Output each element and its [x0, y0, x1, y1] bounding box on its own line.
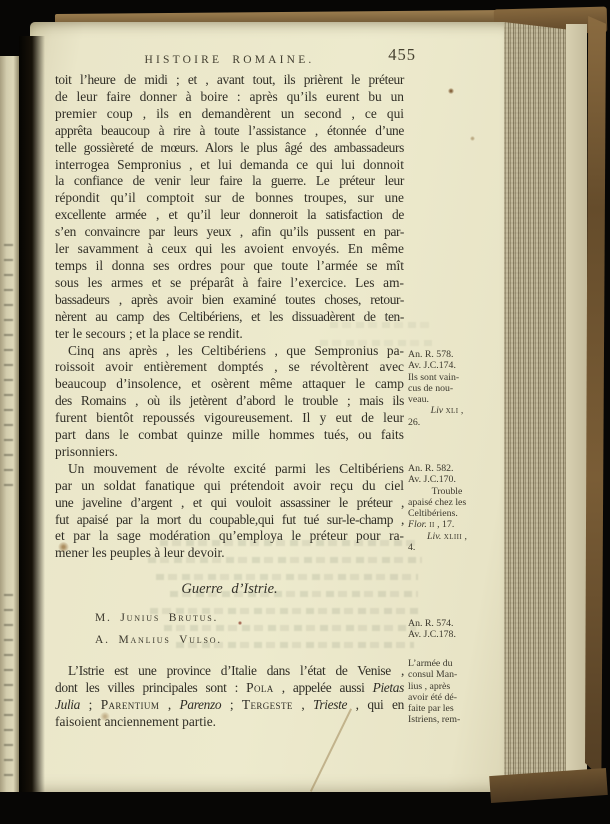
text-segment: Flor.: [408, 519, 427, 530]
text-line: temps il donna ses ordres pour que toute…: [55, 258, 404, 275]
foxing-spot: [470, 136, 475, 141]
note-line: avoir été dé-: [408, 692, 486, 703]
facing-page-edge: [0, 56, 19, 792]
margin-note: An. R. 582.Av. J.C.170.Troubleapaisé che…: [408, 463, 486, 553]
text-line: de leur faire donner à boire : après qu’…: [55, 89, 404, 106]
text-segment: Liv: [431, 405, 446, 416]
text-segment: ;: [80, 697, 101, 712]
text-segment: xliii: [444, 531, 462, 542]
text-segment: Julia: [55, 697, 80, 712]
text-line: roissoit avoir entièrement domptés , se …: [55, 359, 404, 376]
foxing-spot: [238, 621, 242, 625]
text-line: s’en convaincre par leurs yeux , afin qu…: [55, 224, 404, 241]
text-segment: , 17.: [435, 519, 455, 530]
text-line: par un soldat fanatique qui prétendoit a…: [55, 478, 404, 495]
text-segment: Pola: [246, 680, 274, 695]
paragraph: toit l’heure de midi ; et , avant tout, …: [55, 72, 404, 343]
bleed-through-text: [156, 574, 418, 580]
note-line: L’armée du: [408, 658, 486, 669]
text-segment: Liv.: [427, 531, 441, 542]
note-line: Av. J.C.174.: [408, 360, 486, 371]
text-line: répondit qu’il comptoit sur de bonnes tr…: [55, 190, 404, 207]
text-segment: Trieste: [313, 697, 347, 712]
foxing-spot: [448, 88, 454, 94]
note-line: Celtibériens.: [408, 508, 486, 519]
scanned-book-photo: { "colors":{"background":"#070605","pape…: [0, 0, 610, 824]
note-line: veau.: [408, 394, 486, 405]
text-line: premier coup , ils en demandèrent un sec…: [55, 106, 404, 123]
bleed-through-text: [320, 340, 432, 346]
text-segment: ,: [293, 697, 313, 712]
bleed-through-text: [150, 608, 418, 614]
book-page: HISTOIRE ROMAINE. 455 toit l’heure de mi…: [30, 22, 506, 792]
text-segment: ,: [462, 531, 467, 542]
running-head: HISTOIRE ROMAINE. 455: [55, 50, 404, 68]
note-line: Trouble: [408, 486, 486, 497]
foxing-spot: [58, 542, 69, 552]
text-line: L’Istrie est une province d’Italie dans …: [55, 663, 404, 680]
text-line: une javeline d’argent , et qui vouloit a…: [55, 495, 404, 512]
text-segment: , qui en: [347, 697, 404, 712]
bleed-through-text: [148, 557, 422, 563]
gutter-shadow: [19, 36, 45, 792]
text-line: excellente armée , et qu’il leur donnero…: [55, 207, 404, 224]
text-segment: ,: [159, 697, 179, 712]
text-line: sous les armes et se préparât à faire l’…: [55, 275, 404, 292]
text-line: toit l’heure de midi ; et , avant tout, …: [55, 72, 404, 89]
paragraph: L’Istrie est une province d’Italie dans …: [55, 663, 404, 731]
paragraph: Cinq ans après , les Celtibériens , que …: [55, 343, 404, 461]
text-line: bassadeurs , après avoir bien examiné to…: [55, 292, 404, 309]
text-segment: Parenzo: [180, 697, 222, 712]
text-segment: Parentium: [101, 697, 160, 712]
note-line: Liv xli ,: [408, 405, 486, 416]
text-line: prisonniers.: [55, 444, 404, 461]
note-line: 26.: [408, 417, 486, 428]
text-line: beaucoup d’insolence, et osèrent même at…: [55, 376, 404, 393]
bleed-through-text: [164, 625, 416, 631]
note-line: An. R. 578.: [408, 349, 486, 360]
paragraph: Un mouvement de révolte excité parmi les…: [55, 461, 404, 562]
bleed-through-text: [330, 322, 430, 328]
body-text-column: toit l’heure de midi ; et , avant tout, …: [55, 72, 404, 731]
note-line: An. R. 582.: [408, 463, 486, 474]
page-number: 455: [388, 45, 416, 65]
text-segment: xli: [446, 405, 459, 416]
running-title: HISTOIRE ROMAINE.: [145, 54, 315, 66]
text-segment: Tergeste: [242, 697, 293, 712]
text-line: part dans le combat quinze mille hommes …: [55, 427, 404, 444]
note-line: Flor. ii , 17.: [408, 519, 486, 530]
text-segment: ;: [221, 697, 242, 712]
text-line: dont les villes principales sont : Pola …: [55, 680, 404, 697]
text-segment: Pietas: [373, 680, 404, 695]
text-line: telle gossièreté de mœurs. Alors le plus…: [55, 140, 404, 157]
note-line: Av. J.C.170.: [408, 474, 486, 485]
text-line: ler savamment à ceux qui les avoient env…: [55, 241, 404, 258]
note-line: lius , après: [408, 681, 486, 692]
note-line: Av. J.C.178.: [408, 629, 486, 640]
note-line: 4.: [408, 542, 486, 553]
note-line: An. R. 574.: [408, 618, 486, 629]
note-line: consul Man-: [408, 669, 486, 680]
bleed-through-text: [176, 642, 414, 648]
fore-edge-highlight: [566, 24, 587, 776]
facing-page-text-ticks: [4, 236, 13, 486]
note-line: faite par les: [408, 703, 486, 714]
text-line: interrogea Sempronius , et lui demanda c…: [55, 157, 404, 174]
note-line: Liv. xliii ,: [408, 531, 486, 542]
facing-page-text-ticks: [4, 586, 13, 776]
bleed-through-text: [170, 591, 418, 597]
text-segment: ,: [458, 405, 463, 416]
note-line: Istriens, rem-: [408, 714, 486, 725]
note-line: apaisé chez les: [408, 497, 486, 508]
text-line: la confiance de venir leur faire la guer…: [55, 173, 404, 190]
text-segment: , appelée aussi: [274, 680, 373, 695]
margin-note: An. R. 574.Av. J.C.178.: [408, 618, 486, 641]
bleed-through-text: [160, 540, 418, 546]
text-line: des Romains , où ils jetèrent d’abord le…: [55, 393, 404, 410]
note-line: Ils sont vain-: [408, 372, 486, 383]
text-line: apprêta beaucoup à rire à toute l’assist…: [55, 123, 404, 140]
text-line: fut apaisé par la mort du coupable,qui f…: [55, 512, 404, 529]
margin-note: L’armée duconsul Man-lius , aprèsavoir é…: [408, 658, 486, 726]
margin-note: An. R. 578.Av. J.C.174.Ils sont vain-cus…: [408, 349, 486, 428]
fore-edge-pages: [504, 22, 568, 784]
text-line: Un mouvement de révolte excité parmi les…: [55, 461, 404, 478]
note-line: cus de nou-: [408, 383, 486, 394]
foxing-spot: [100, 712, 110, 721]
text-segment: dont les villes principales sont :: [55, 680, 246, 695]
text-line: furent bientôt repoussés vigoureusement.…: [55, 410, 404, 427]
cover-edge: [585, 16, 606, 786]
text-line: Julia ; Parentium , Parenzo ; Tergeste ,…: [55, 697, 404, 714]
